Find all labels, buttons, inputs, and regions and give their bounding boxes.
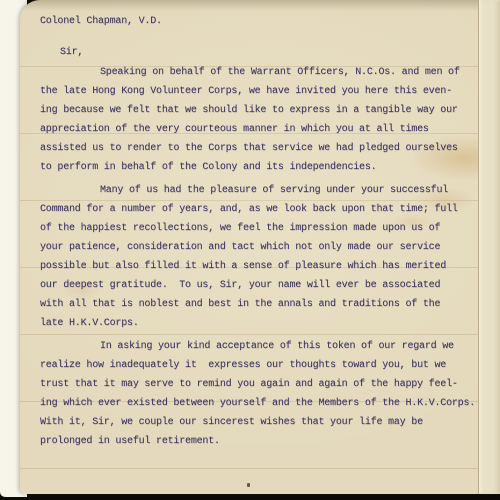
letter-line: of the happiest recollections, we feel t… bbox=[40, 219, 492, 238]
letter-line: our deepest gratitude. To us, Sir, your … bbox=[40, 276, 492, 295]
letter-line: possible but also filled it with a sense… bbox=[40, 257, 492, 276]
letter-line: Many of us had the pleasure of serving u… bbox=[40, 181, 492, 200]
letter-line: late H.K.V.Corps. bbox=[40, 314, 492, 333]
letter-line: the late Hong Kong Volunteer Corps, we h… bbox=[40, 82, 492, 101]
paragraph: Many of us had the pleasure of serving u… bbox=[40, 181, 492, 333]
letter-line: Command for a number of years, and, as w… bbox=[40, 200, 492, 219]
letter-line: ing because we felt that we should like … bbox=[40, 101, 492, 120]
letter-text: Colonel Chapman, V.D. Sir, Speaking on b… bbox=[40, 12, 492, 455]
letter-line: Speaking on behalf of the Warrant Office… bbox=[40, 63, 492, 82]
letter-line: ing which ever existed between yourself … bbox=[40, 394, 492, 413]
recipient-line: Colonel Chapman, V.D. bbox=[40, 12, 492, 31]
letter-line: your patience, consideration and tact wh… bbox=[40, 238, 492, 257]
letter-line: prolonged in useful retirement. bbox=[40, 432, 492, 451]
letter-line: realize how inadequately it expresses ou… bbox=[40, 356, 492, 375]
letter-line: trust that it may serve to remind you ag… bbox=[40, 375, 492, 394]
photo-of-letter: Colonel Chapman, V.D. Sir, Speaking on b… bbox=[0, 0, 500, 500]
letter-line: With it, Sir, we couple our sincerest wi… bbox=[40, 413, 492, 432]
letter-line: with all that is noblest and best in the… bbox=[40, 295, 492, 314]
letter-line: to perform in behalf of the Colony and i… bbox=[40, 158, 492, 177]
letter-paragraphs: Speaking on behalf of the Warrant Office… bbox=[40, 63, 492, 451]
paragraph: In asking your kind acceptance of this t… bbox=[40, 337, 492, 451]
letter-line: appreciation of the very courteous manne… bbox=[40, 120, 492, 139]
salutation-line: Sir, bbox=[40, 43, 492, 62]
paragraph: Speaking on behalf of the Warrant Office… bbox=[40, 63, 492, 177]
letter-line: In asking your kind acceptance of this t… bbox=[40, 337, 492, 356]
letter-line: assisted us to render to the Corps that … bbox=[40, 139, 492, 158]
ink-speck bbox=[247, 483, 250, 487]
letter-paper: Colonel Chapman, V.D. Sir, Speaking on b… bbox=[20, 0, 500, 494]
